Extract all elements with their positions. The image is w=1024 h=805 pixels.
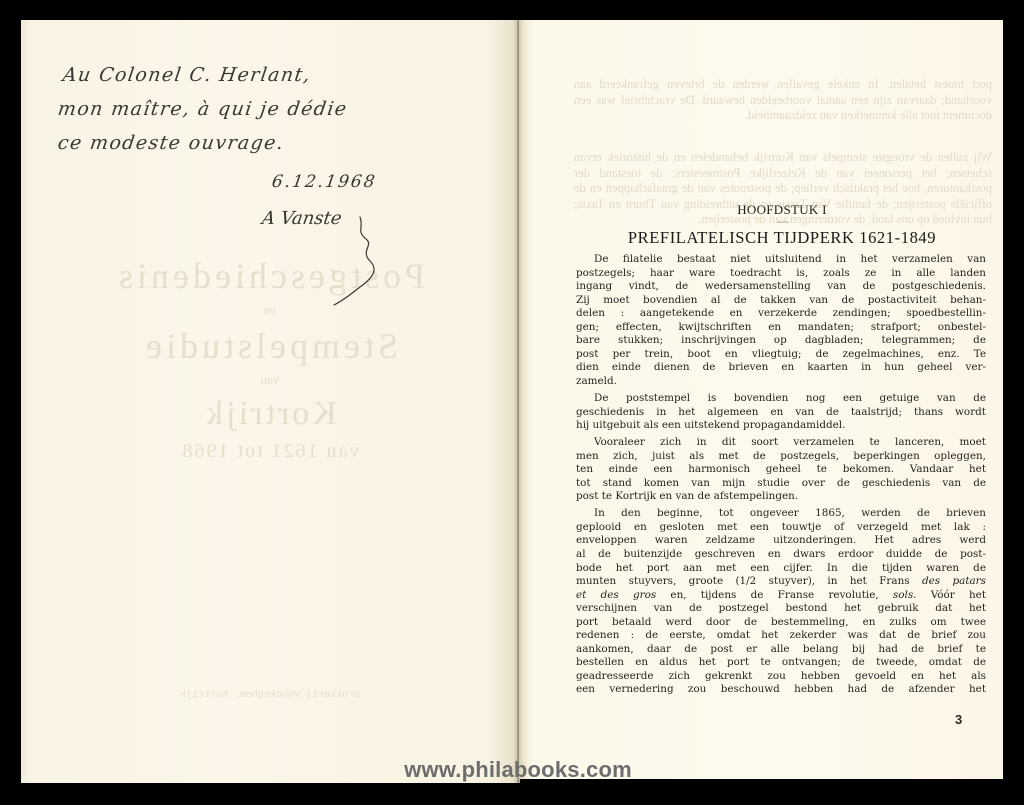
text-line: geplooid en gesloten met een touwtje of … — [576, 521, 986, 535]
paragraph: Vooraleer zich in dit soort verzamelen t… — [576, 436, 986, 504]
paragraph: De filatelie bestaat niet uitsluitend in… — [576, 253, 986, 388]
text-line: post per trein, boot en vliegtuig; de ze… — [576, 348, 986, 362]
text-line: een vernedering zou beschouwd hebben had… — [576, 683, 986, 697]
text-line: verschijnen van de postzegel bestond het… — [576, 602, 986, 616]
text-line: ten einde een harmonisch geheel te bekom… — [576, 463, 986, 477]
paragraph: In den beginne, tot ongeveer 1865, werde… — [576, 507, 986, 697]
text-line: bare stukken; inschrijvingen op dagblade… — [576, 334, 986, 348]
text-line: port betaald werd door de bestemmeling, … — [576, 616, 986, 630]
bleed-through-van: van — [245, 372, 295, 388]
text-line: bestellen en aldus het port te ontvangen… — [576, 656, 986, 670]
bleed-through-years: van 1621 tot 1968 — [150, 440, 390, 463]
text-fragment: munten stuyvers, groote (1/2 stuyver), i… — [576, 575, 922, 587]
text-line: zameld. — [576, 375, 986, 389]
text-line: geschiedenis in het algemeen en van de t… — [576, 406, 986, 420]
text-line: redenen : de eerste, omdat het zekerder … — [576, 629, 986, 643]
book-scan: Postgeschiedenis en Stempelstudie van Ko… — [0, 0, 1024, 805]
text-line: geadresseerde zich gekrenkt zou hebben g… — [576, 670, 986, 684]
text-line: al de buitenzijde geschreven en dwars er… — [576, 548, 986, 562]
watermark: www.philabooks.com — [388, 757, 648, 783]
text-line: De poststempel is bovendien nog een getu… — [576, 392, 986, 406]
text-line: aankomen, daar de post er alle belang bi… — [576, 643, 986, 657]
text-line: enveloppen waren zeldzame uitzonderingen… — [576, 534, 986, 548]
bleed-through-title: Postgeschiedenis — [95, 255, 445, 297]
bleed-through-text-top: port moest betalen. In enkele gevallen w… — [574, 77, 992, 139]
chapter-body: De filatelie bestaat niet uitsluitend in… — [576, 253, 986, 701]
text-line: post te Kortrijk en van de afstempelinge… — [576, 490, 986, 504]
paragraph: De poststempel is bovendien nog een getu… — [576, 392, 986, 433]
dedication-line-1: Au Colonel C. Herlant, — [61, 64, 312, 86]
dedication-line-3: ce modeste ouvrage. — [56, 132, 285, 154]
text-line: munten stuyvers, groote (1/2 stuyver), i… — [576, 575, 986, 589]
chapter-title: PREFILATELISCH TIJDPERK 1621-1849 — [575, 228, 989, 248]
bleed-through-city: Kortrijk — [170, 395, 370, 433]
text-line: Zij moet bovendien al de takken van de p… — [576, 294, 986, 308]
dedication-line-2: mon maître, à qui je dédie — [56, 98, 349, 120]
chapter-label: HOOFDSTUK I — [575, 202, 989, 218]
text-line: De filatelie bestaat niet uitsluitend in… — [576, 253, 986, 267]
text-line: Vooraleer zich in dit soort verzamelen t… — [576, 436, 986, 450]
text-line: bode het port aan met een cijfer. In die… — [576, 562, 986, 576]
bleed-through-subtitle: Stempelstudie — [110, 325, 430, 367]
text-line: postzegels; haar ware toedracht is, zoal… — [576, 267, 986, 281]
text-line: tot stand komen van mijn studie over de … — [576, 477, 986, 491]
text-line: dien einde dienen de brieven en kaarten … — [576, 361, 986, 375]
text-line: In den beginne, tot ongeveer 1865, werde… — [576, 507, 986, 521]
text-line: delen : aangetekende en verzekerde zendi… — [576, 307, 986, 321]
text-line: et des gros en, tijdens de Franse revolu… — [576, 589, 986, 603]
text-line: men zich, juist als met de postzegels, b… — [576, 450, 986, 464]
bleed-through-printer: Drukkerij Vonckeghem, Kortrijk — [150, 690, 390, 701]
bleed-through-en: en — [245, 302, 295, 318]
chapter-ornament: ~·~ — [775, 218, 791, 227]
dedication-date: 6.12.1968 — [271, 172, 378, 192]
text-line: ingang vindt, de wedersamenstelling van … — [576, 280, 986, 294]
text-line: gen; effecten, kwijtschriften en mandate… — [576, 321, 986, 335]
signature-flourish-icon — [330, 215, 390, 310]
page-number: 3 — [955, 712, 962, 727]
italic-fragment: des patars — [922, 575, 986, 587]
text-line: hij uitgebuit als een uitstekend propaga… — [576, 419, 986, 433]
